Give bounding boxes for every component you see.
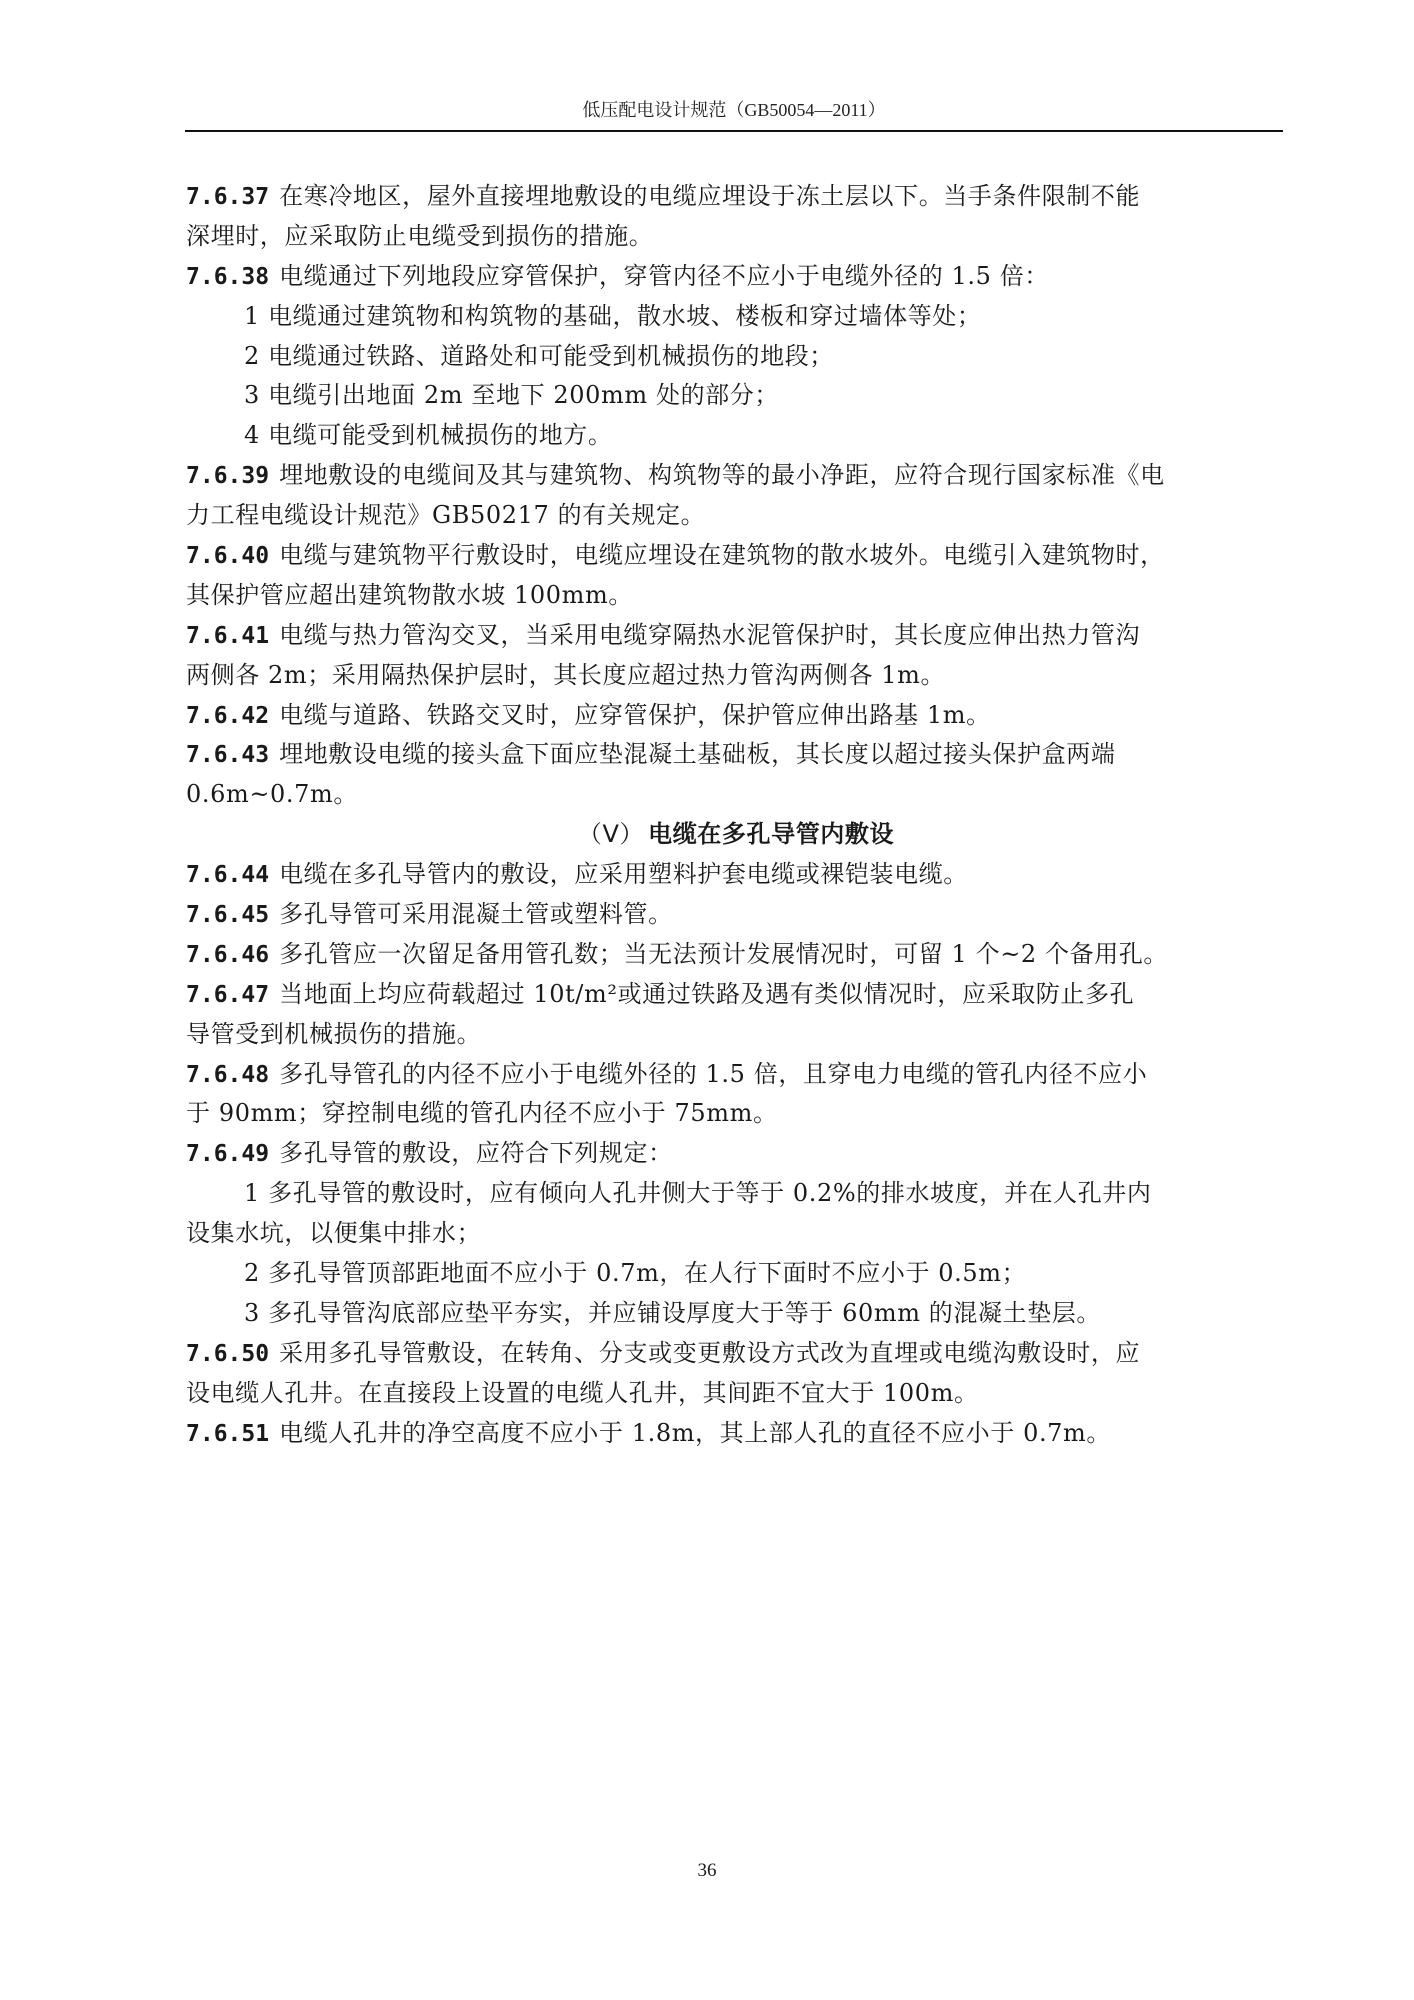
clause-text: 多孔导管的敷设，应符合下列规定：: [279, 1139, 673, 1167]
page-number: 36: [0, 1860, 1414, 1882]
section-heading: （Ⅴ）电缆在多孔导管内敷设: [186, 814, 1286, 854]
list-item-text: 1 多孔导管的敷设时，应有倾向人孔井侧大于等于 0.2%的排水坡度，并在人孔井内: [244, 1179, 1152, 1207]
clause-number: 7.6.51: [186, 1421, 269, 1447]
clause-text: 当地面上均应荷载超过 10t/m²或通过铁路及遇有类似情况时，应采取防止多孔: [279, 980, 1134, 1008]
clause-line: 7.6.44电缆在多孔导管内的敷设，应采用塑料护套电缆或裸铠装电缆。: [186, 854, 1286, 894]
clause-text: 电缆人孔井的净空高度不应小于 1.8m，其上部人孔的直径不应小于 0.7m。: [279, 1419, 1111, 1447]
clause-text: 电缆通过下列地段应穿管保护，穿管内径不应小于电缆外径的 1.5 倍：: [279, 262, 1049, 290]
clause-number: 7.6.48: [186, 1062, 269, 1088]
clause-line: 7.6.43埋地敷设电缆的接头盒下面应垫混凝土基础板，其长度以超过接头保护盒两端: [186, 734, 1286, 774]
clause-number: 7.6.45: [186, 902, 269, 928]
continuation-line: 其保护管应超出建筑物散水坡 100mm。: [186, 575, 1286, 615]
continuation-line: 两侧各 2m；采用隔热保护层时，其长度应超过热力管沟两侧各 1m。: [186, 655, 1286, 695]
continuation-text: 两侧各 2m；采用隔热保护层时，其长度应超过热力管沟两侧各 1m。: [186, 661, 945, 689]
continuation-text: 深埋时，应采取防止电缆受到损伤的措施。: [186, 222, 653, 250]
clause-text: 多孔导管可采用混凝土管或塑料管。: [279, 900, 673, 928]
continuation-line: 导管受到机械损伤的措施。: [186, 1014, 1286, 1054]
continuation-line: 深埋时，应采取防止电缆受到损伤的措施。: [186, 216, 1286, 256]
list-item-text: 4 电缆可能受到机械损伤的地方。: [244, 421, 613, 449]
clause-text: 采用多孔导管敷设，在转角、分支或变更敷设方式改为直埋或电缆沟敷设时，应: [279, 1339, 1140, 1367]
document-body: 7.6.37在寒冷地区，屋外直接埋地敷设的电缆应埋设于冻土层以下。当手条件限制不…: [186, 176, 1286, 1453]
continuation-line: 于 90mm；穿控制电缆的管孔内径不应小于 75mm。: [186, 1093, 1286, 1133]
list-item-text: 3 多孔导管沟底部应垫平夯实，并应铺设厚度大于等于 60mm 的混凝土垫层。: [244, 1299, 1101, 1327]
list-item-text: 1 电缆通过建筑物和构筑物的基础，散水坡、楼板和穿过墙体等处；: [244, 302, 982, 330]
clause-number: 7.6.47: [186, 982, 269, 1008]
list-item: 3 多孔导管沟底部应垫平夯实，并应铺设厚度大于等于 60mm 的混凝土垫层。: [186, 1293, 1286, 1333]
clause-text: 电缆与道路、铁路交叉时，应穿管保护，保护管应伸出路基 1m。: [279, 701, 991, 729]
section-heading-text: 电缆在多孔导管内敷设: [648, 820, 894, 848]
clause-text: 多孔管应一次留足备用管孔数；当无法预计发展情况时，可留 1 个~2 个备用孔。: [279, 940, 1168, 968]
clause-line: 7.6.45多孔导管可采用混凝土管或塑料管。: [186, 894, 1286, 934]
clause-line: 7.6.42电缆与道路、铁路交叉时，应穿管保护，保护管应伸出路基 1m。: [186, 695, 1286, 735]
clause-line: 7.6.49多孔导管的敷设，应符合下列规定：: [186, 1133, 1286, 1173]
continuation-text: 设电缆人孔井。在直接段上设置的电缆人孔井，其间距不宜大于 100m。: [186, 1379, 979, 1407]
clause-number: 7.6.49: [186, 1141, 269, 1167]
clause-number: 7.6.37: [186, 184, 269, 210]
continuation-line: 0.6m~0.7m。: [186, 774, 1286, 814]
clause-number: 7.6.46: [186, 942, 269, 968]
clause-number: 7.6.42: [186, 703, 269, 729]
list-item: 1 多孔导管的敷设时，应有倾向人孔井侧大于等于 0.2%的排水坡度，并在人孔井内: [186, 1173, 1286, 1213]
list-item-text: 3 电缆引出地面 2m 至地下 200mm 处的部分；: [244, 381, 779, 409]
continuation-line: 设电缆人孔井。在直接段上设置的电缆人孔井，其间距不宜大于 100m。: [186, 1373, 1286, 1413]
running-header: 低压配电设计规范（GB50054—2011）: [185, 96, 1283, 122]
clause-line: 7.6.38电缆通过下列地段应穿管保护，穿管内径不应小于电缆外径的 1.5 倍：: [186, 256, 1286, 296]
clause-text: 电缆在多孔导管内的敷设，应采用塑料护套电缆或裸铠装电缆。: [279, 860, 968, 888]
clause-line: 7.6.41电缆与热力管沟交叉，当采用电缆穿隔热水泥管保护时，其长度应伸出热力管…: [186, 615, 1286, 655]
clause-text: 电缆与建筑物平行敷设时，电缆应埋设在建筑物的散水坡外。电缆引入建筑物时，: [279, 541, 1165, 569]
list-item: 4 电缆可能受到机械损伤的地方。: [186, 415, 1286, 455]
clause-number: 7.6.43: [186, 742, 269, 768]
clause-line: 7.6.50采用多孔导管敷设，在转角、分支或变更敷设方式改为直埋或电缆沟敷设时，…: [186, 1333, 1286, 1373]
continuation-text: 于 90mm；穿控制电缆的管孔内径不应小于 75mm。: [186, 1099, 778, 1127]
list-item-text: 2 多孔导管顶部距地面不应小于 0.7m，在人行下面时不应小于 0.5m；: [244, 1259, 1026, 1287]
continuation-text: 力工程电缆设计规范》GB50217 的有关规定。: [186, 501, 705, 529]
continuation-line: 力工程电缆设计规范》GB50217 的有关规定。: [186, 495, 1286, 535]
clause-line: 7.6.40电缆与建筑物平行敷设时，电缆应埋设在建筑物的散水坡外。电缆引入建筑物…: [186, 535, 1286, 575]
clause-number: 7.6.40: [186, 543, 269, 569]
clause-number: 7.6.41: [186, 623, 269, 649]
list-item: 1 电缆通过建筑物和构筑物的基础，散水坡、楼板和穿过墙体等处；: [186, 296, 1286, 336]
clause-number: 7.6.50: [186, 1341, 269, 1367]
continuation-text: 0.6m~0.7m。: [186, 780, 358, 808]
clause-line: 7.6.39埋地敷设的电缆间及其与建筑物、构筑物等的最小净距，应符合现行国家标准…: [186, 455, 1286, 495]
continuation-line: 设集水坑，以便集中排水；: [186, 1213, 1286, 1253]
list-item: 2 多孔导管顶部距地面不应小于 0.7m，在人行下面时不应小于 0.5m；: [186, 1253, 1286, 1293]
clause-text: 多孔导管孔的内径不应小于电缆外径的 1.5 倍，且穿电力电缆的管孔内径不应小: [279, 1060, 1147, 1088]
header-divider: [185, 130, 1283, 132]
clause-line: 7.6.47当地面上均应荷载超过 10t/m²或通过铁路及遇有类似情况时，应采取…: [186, 974, 1286, 1014]
clause-line: 7.6.37在寒冷地区，屋外直接埋地敷设的电缆应埋设于冻土层以下。当手条件限制不…: [186, 176, 1286, 216]
continuation-text: 其保护管应超出建筑物散水坡 100mm。: [186, 581, 633, 609]
list-item: 2 电缆通过铁路、道路处和可能受到机械损伤的地段；: [186, 336, 1286, 376]
clause-text: 电缆与热力管沟交叉，当采用电缆穿隔热水泥管保护时，其长度应伸出热力管沟: [279, 621, 1140, 649]
clause-number: 7.6.44: [186, 862, 269, 888]
clause-line: 7.6.46多孔管应一次留足备用管孔数；当无法预计发展情况时，可留 1 个~2 …: [186, 934, 1286, 974]
clause-text: 埋地敷设电缆的接头盒下面应垫混凝土基础板，其长度以超过接头保护盒两端: [279, 740, 1115, 768]
continuation-text: 导管受到机械损伤的措施。: [186, 1020, 481, 1048]
list-item-text: 2 电缆通过铁路、道路处和可能受到机械损伤的地段；: [244, 342, 834, 370]
clause-number: 7.6.39: [186, 463, 269, 489]
section-heading-number: （Ⅴ）: [578, 820, 644, 848]
continuation-text: 设集水坑，以便集中排水；: [186, 1219, 481, 1247]
clause-line: 7.6.48多孔导管孔的内径不应小于电缆外径的 1.5 倍，且穿电力电缆的管孔内…: [186, 1054, 1286, 1094]
list-item: 3 电缆引出地面 2m 至地下 200mm 处的部分；: [186, 375, 1286, 415]
clause-number: 7.6.38: [186, 264, 269, 290]
clause-text: 埋地敷设的电缆间及其与建筑物、构筑物等的最小净距，应符合现行国家标准《电: [279, 461, 1165, 489]
clause-line: 7.6.51电缆人孔井的净空高度不应小于 1.8m，其上部人孔的直径不应小于 0…: [186, 1413, 1286, 1453]
clause-text: 在寒冷地区，屋外直接埋地敷设的电缆应埋设于冻土层以下。当手条件限制不能: [279, 182, 1140, 210]
